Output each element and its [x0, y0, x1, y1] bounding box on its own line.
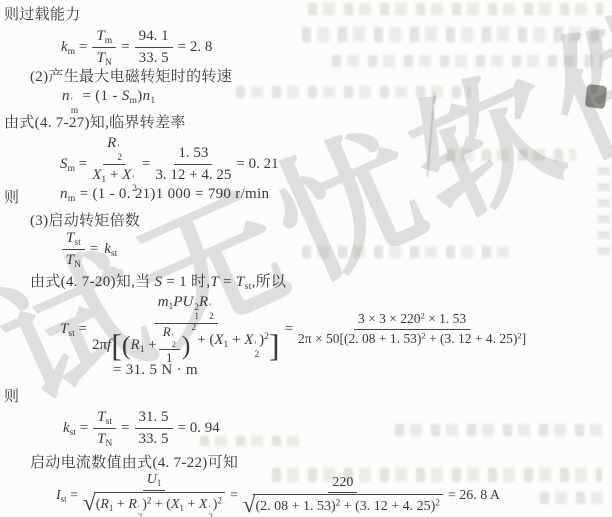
fraction-numeric: 220 √(2. 08 + 1. 53)2 + (3. 12 + 4. 25)2: [243, 474, 443, 517]
fraction-values: 94. 1 33. 5: [135, 27, 173, 68]
equals-sign: =: [121, 39, 129, 56]
label-then: 则: [4, 186, 19, 207]
fraction-numeric: 3 × 3 × 2202 × 1. 53 2π × 50[(2. 08 + 1.…: [298, 311, 526, 348]
bleedthrough-smudge: [308, 3, 603, 15]
math-result: = 0. 94: [178, 420, 220, 437]
math-lhs: km =: [61, 39, 87, 56]
big-paren: (: [122, 334, 131, 357]
big-bracket: [: [111, 331, 122, 360]
square-root: √(R1 + R′2)2 + (X1 + X′2)2: [83, 492, 225, 517]
fraction-tst-tn: Tst TN: [62, 229, 85, 270]
text-critical-slip-intro: 由式(4. 7-27)知,临界转差率: [4, 111, 186, 132]
formula-overload-ratio: km = Tm TN = 94. 1 33. 5 = 2. 8: [58, 27, 215, 68]
formula-kst: kst = Tst TN = 31. 5 33. 5 = 0. 94: [60, 408, 223, 449]
result-torque-value: = 31. 5 N · m: [113, 362, 198, 379]
heading-max-torque-speed: (2)产生最大电磁转矩时的转速: [30, 65, 232, 86]
inner-fraction: R′2 1: [159, 325, 180, 367]
heading-overload-capacity: 则过载能力: [4, 3, 81, 24]
math-lhs: Sm =: [60, 156, 87, 173]
equals-sign: =: [90, 241, 98, 258]
equals-sign: =: [121, 420, 129, 437]
math-result: = 26. 8 A: [448, 488, 500, 504]
formula-starting-torque: Tst = m1PU21R′2 2πf[( R1 + R′2 1 )2 + (X…: [57, 293, 528, 366]
fraction-values: 1. 53 3. 12 + 4. 25: [155, 144, 231, 185]
formula-starting-current: Ist = U1 √(R1 + R′2)2 + (X1 + X′2)2 = 22…: [53, 471, 503, 517]
math-lhs: Tst =: [60, 321, 87, 338]
fraction-symbolic: m1PU21R′2 2πf[( R1 + R′2 1 )2 + (X1 + X′…: [92, 293, 280, 366]
bleedthrough-smudge: [540, 492, 610, 504]
equals-sign: =: [142, 156, 150, 173]
math-result: = 0. 21: [236, 156, 278, 173]
fraction-values: 31. 5 33. 5: [135, 408, 173, 449]
label-then: 则: [4, 385, 19, 406]
formula-nm-value: nm = (1 - 0. 21)1 000 = 790 r/min: [60, 186, 269, 203]
equals-sign: =: [285, 321, 293, 338]
scanned-textbook-page: { "watermark": {"text": "考试无忧软件"}, "colo…: [0, 0, 612, 517]
text-equation-420-intro: 由式(4. 7-20)知,当 S = 1 时,T = Tst,所以: [30, 270, 286, 291]
formula-torque-ratio: Tst TN = kst: [60, 229, 120, 270]
text-starting-current-intro: 启动电流数值由式(4. 7-22)可知: [30, 451, 238, 472]
math-result: = 2. 8: [178, 39, 213, 56]
big-paren: ): [182, 334, 191, 357]
big-bracket: ]: [269, 331, 280, 360]
bleedthrough-smudge: [395, 424, 605, 436]
fraction-tst-tn: Tst TN: [93, 408, 116, 449]
math-lhs: Ist =: [56, 488, 78, 504]
math-rhs: kst: [104, 241, 117, 258]
fraction-symbolic: U1 √(R1 + R′2)2 + (X1 + X′2)2: [83, 471, 225, 517]
equals-sign: =: [230, 488, 238, 504]
heading-starting-torque-ratio: (3)启动转矩倍数: [30, 209, 140, 230]
fraction-tm-tn: Tm TN: [92, 27, 116, 68]
math-lhs: kst =: [63, 420, 88, 437]
square-root: √(2. 08 + 1. 53)2 + (3. 12 + 4. 25)2: [243, 494, 443, 516]
